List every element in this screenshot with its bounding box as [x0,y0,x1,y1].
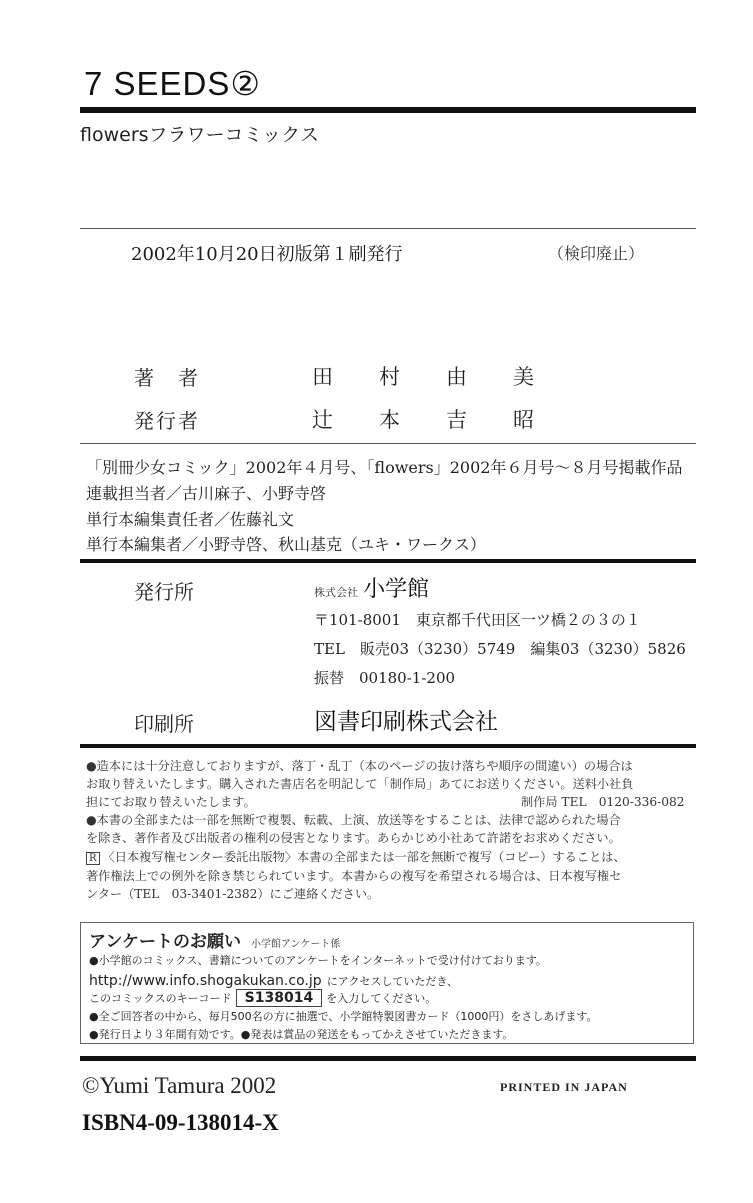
notice-line: ●造本には十分注意しておりますが、落丁・乱丁（本のページの抜け落ちや順序の間違い… [86,758,633,775]
credit-line: 単行本編集者／小野寺啓、秋山基克（ユキ・ワークス） [86,532,486,555]
publisher-transfer: 振替 00180-1-200 [314,667,455,688]
publisher-person-name: 辻本吉昭 [312,404,580,434]
author-label: 著 者 [134,362,200,391]
notice-line: を除き、著作者及び出版者の権利の侵害となります。あらかじめ小社あて許諾をお求めく… [86,830,621,847]
publisher-name: 小学館 [363,577,429,602]
divider-thin [80,443,696,444]
divider-thick [80,744,696,748]
survey-url-suffix: にアクセスしていただき、 [327,975,458,988]
author-name: 田村由美 [312,361,580,391]
divider-thick [80,107,696,113]
survey-dept: 小学館アンケート係 [251,939,340,950]
credit-line: 「別冊少女コミック」2002年４月号、「flowers」2002年６月号〜８月号… [86,455,682,478]
key-code: S138014 [236,989,323,1007]
book-title: 7 SEEDS② [84,64,261,103]
publisher-person-label: 発行者 [134,405,200,434]
key-suffix: を入力してください。 [326,992,436,1005]
notice-line: 〈日本複写権センター委託出版物〉本書の全部または一部を無断で複写（コピー）するこ… [103,850,626,864]
key-prefix: このコミックスのキーコード [89,992,232,1005]
survey-url-row: http://www.info.shogakukan.co.jp にアクセスして… [89,970,458,989]
notice-line: 担にてお取り替えいたします。 [86,794,256,811]
series-name: flowersフラワーコミックス [80,120,319,147]
credit-line: 単行本編集責任者／佐藤礼文 [86,507,294,530]
publisher-person-char: 吉 [446,404,513,434]
survey-title: アンケートのお願い [89,932,241,952]
jrrc-mark-icon: R [86,852,100,865]
jrrc-line: R〈日本複写権センター委託出版物〉本書の全部または一部を無断で複写（コピー）する… [86,849,626,866]
publisher-person-char: 辻 [312,404,379,434]
survey-box: アンケートのお願い小学館アンケート係 ●小学館のコミックス、書籍についてのアンケ… [80,922,694,1044]
credit-line: 連載担当者／古川麻子、小野寺啓 [86,481,326,504]
notice-line: お取り替えいたします。購入された書店名を明記して「制作局」あてにお送りください。… [86,776,633,793]
notice-line: ●本書の全部または一部を無断で複製、転載、上演、放送等をすることは、法律で認めら… [86,812,621,829]
printed-in-japan: PRINTED IN JAPAN [500,1080,628,1095]
survey-line: ●小学館のコミックス、書籍についてのアンケートをインターネットで受け付けておりま… [89,952,547,968]
seal-note: （検印廃止） [548,241,644,264]
publisher-name-block: 株式会社 小学館 [314,572,429,603]
edition-date: 2002年10月20日初版第１刷発行 [131,240,403,266]
printer-label: 印刷所 [134,708,194,737]
publisher-label: 発行所 [134,576,194,605]
publisher-address: 〒101-8001 東京都千代田区一ツ橋２の３の１ [314,609,641,630]
publisher-tel: TEL 販売03（3230）5749 編集03（3230）5826 [314,638,686,659]
notice-line: 著作権法上での例外を除き禁じられています。本書からの複写を希望される場合は、日本… [86,868,621,885]
divider-thick [80,1056,696,1061]
notice-line: ンター（TEL 03-3401-2382）にご連絡ください。 [86,886,379,903]
survey-url-link[interactable]: http://www.info.shogakukan.co.jp [89,973,322,989]
author-char: 田 [312,361,379,391]
survey-title-row: アンケートのお願い小学館アンケート係 [89,927,340,952]
isbn: ISBN4-09-138014-X [82,1110,279,1136]
defect-contact: 制作局 TEL 0120-336-082 [521,794,685,811]
corp-prefix: 株式会社 [314,586,358,599]
survey-line: ●発行日より３年間有効です。●発表は賞品の発送をもってかえさせていただきます。 [89,1026,513,1042]
divider-thick [80,559,696,563]
copyright: ©Yumi Tamura 2002 [82,1073,276,1099]
author-char: 美 [513,361,580,391]
printer-name: 図書印刷株式会社 [314,703,498,736]
publisher-person-char: 本 [379,404,446,434]
survey-key-row: このコミックスのキーコードS138014を入力してください。 [89,989,436,1007]
author-char: 由 [446,361,513,391]
divider-thin [80,228,696,229]
survey-line: ●全ご回答者の中から、毎月500名の方に抽選で、小学館特製図書カード（1000円… [89,1008,598,1024]
author-char: 村 [379,361,446,391]
publisher-person-char: 昭 [513,404,580,434]
